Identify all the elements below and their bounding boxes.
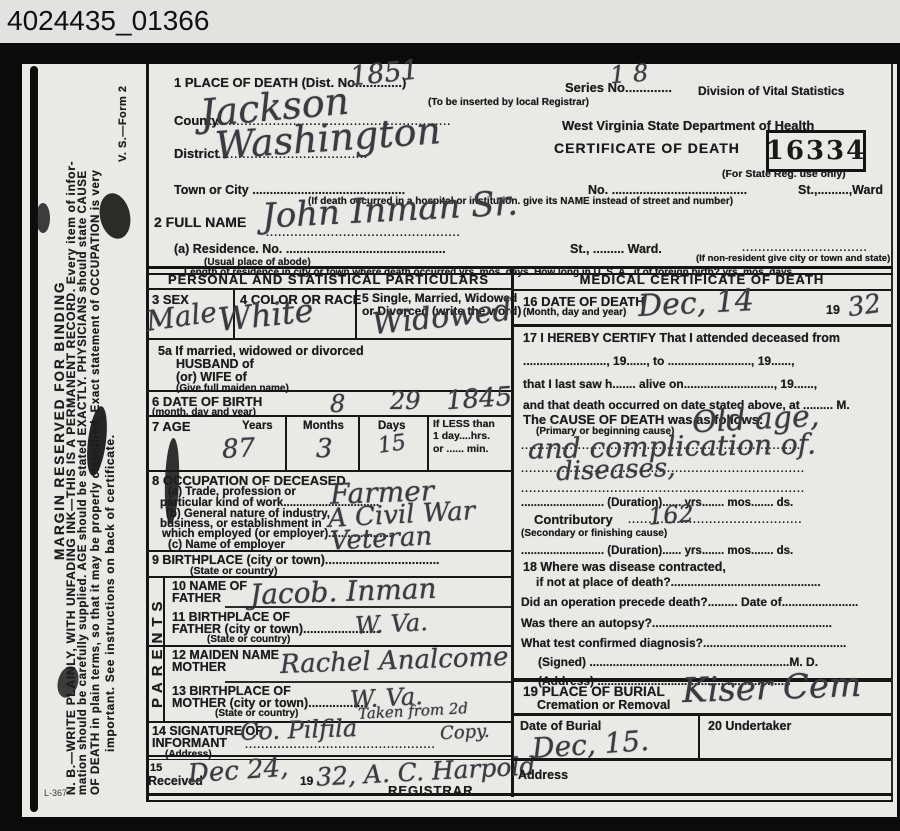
- father-birthplace-label3: (State or country): [207, 634, 290, 645]
- divider: [427, 415, 429, 470]
- certify-line1: 17 I HEREBY CERTIFY That I attended dece…: [523, 331, 840, 345]
- margin-note-line4: important. See instructions on back of c…: [103, 434, 117, 752]
- title-bar: 4024435_01366: [0, 0, 900, 43]
- series-number-value: 1 8: [609, 59, 649, 90]
- operation-label: Did an operation precede death?.........…: [521, 595, 858, 609]
- field5a-line4: (Give full maiden name): [176, 383, 289, 394]
- margin-form-number: V. S.—Form 2: [117, 85, 129, 162]
- image-title: 4024435_01366: [7, 5, 209, 37]
- dob-year-value: 1845: [445, 382, 513, 417]
- divider: [146, 415, 511, 417]
- division-label: Division of Vital Statistics: [698, 84, 844, 98]
- full-name-label: 2 FULL NAME: [154, 214, 246, 230]
- binding-bar: [30, 66, 38, 812]
- divider: [163, 576, 165, 721]
- age-less-line1: If LESS than: [433, 418, 495, 430]
- divider: [513, 713, 891, 716]
- undertaker-label: 20 Undertaker: [708, 719, 791, 733]
- margin-note-line2: mation should be carefully supplied. AGE…: [77, 170, 89, 795]
- age-less-line3: or ...... min.: [433, 443, 488, 455]
- field5a-line3: (or) WIFE of: [176, 370, 247, 384]
- scanned-death-certificate-viewer: 4024435_01366 V. S.—Form 2 MARGIN RESERV…: [0, 0, 900, 831]
- plate-number: L-367: [44, 788, 67, 798]
- disease-contracted-label1: 18 Where was disease contracted,: [523, 560, 726, 574]
- divider: [355, 288, 357, 338]
- date-of-death-year-value: 32: [846, 289, 883, 323]
- certificate-number: 16334: [766, 136, 866, 166]
- contributory-label: Contributory: [534, 512, 613, 527]
- divider: [225, 681, 511, 683]
- divider: [513, 758, 891, 761]
- nonresident-note: (If non-resident give city or town and s…: [696, 253, 890, 264]
- disease-contracted-label2: if not at place of death?...............…: [536, 575, 821, 589]
- divider: [513, 324, 891, 327]
- diagnosis-test-label: What test confirmed diagnosis?..........…: [521, 636, 846, 650]
- undertaker-address-label: Address: [518, 768, 568, 782]
- certify-line2: ........................., 19......, to …: [523, 354, 794, 368]
- place-of-burial-value: Kiser Cem: [681, 665, 862, 711]
- informant-label2: INFORMANT: [152, 736, 227, 750]
- margin-note-line1: N. B.—WRITE PLAINLY, WITH UNFADING INK—T…: [64, 161, 78, 795]
- informant-note2: Copy.: [439, 721, 490, 745]
- mother-name-label2: MOTHER: [172, 660, 226, 674]
- scan-bottom-edge: [0, 817, 900, 831]
- column-divider: [511, 266, 514, 797]
- date-of-death-value: Dec, 14: [637, 283, 755, 324]
- ink-blot: [36, 203, 50, 233]
- field5a-line1: 5a If married, widowed or divorced: [158, 344, 364, 358]
- certificate-number-box: 16334: [766, 130, 866, 172]
- age-months-header: Months: [303, 420, 344, 432]
- divider: [146, 550, 511, 552]
- received-number: 15: [150, 762, 162, 774]
- cause-of-death-line3: diseases,: [556, 453, 677, 487]
- age-less-line2: 1 day....hrs.: [433, 430, 490, 442]
- street-number-label: No. ....................................…: [588, 183, 747, 197]
- dob-day-value: 29: [390, 387, 421, 415]
- dob-month-value: 8: [330, 390, 345, 418]
- certify-line3: that I last saw h....... alive on.......…: [523, 377, 817, 391]
- divider: [146, 470, 511, 472]
- informant-value: Co. Pilfila: [240, 714, 358, 746]
- cause-dotted-line3: ........................................…: [521, 483, 805, 495]
- duration-line2: .......................... (Duration)...…: [521, 545, 793, 557]
- district-label: District: [174, 146, 219, 161]
- date-of-death-19-printed: 19: [826, 303, 840, 317]
- divider: [146, 338, 511, 340]
- registrar-insert-note: (To be inserted by local Registrar): [428, 97, 589, 108]
- residence-label: (a) Residence. No. .....................…: [174, 242, 446, 256]
- contributory-value: 162: [647, 499, 695, 530]
- divider: [225, 606, 511, 608]
- certificate-of-death-label: CERTIFICATE OF DEATH: [554, 140, 740, 156]
- margin-note-line3: OF DEATH in plain terms, so that it may …: [90, 169, 102, 795]
- father-name-label2: FATHER: [172, 591, 221, 605]
- st-ward-label: St.,.........,Ward: [798, 183, 883, 197]
- father-birthplace-value: W. Va.: [354, 608, 428, 640]
- divider: [358, 415, 360, 470]
- received-19-printed: 19: [300, 774, 313, 788]
- field5a-line2: HUSBAND of: [176, 357, 254, 371]
- registrar-label: REGISTRAR: [388, 783, 474, 798]
- age-years-header: Years: [242, 420, 273, 432]
- date-of-death-sub-label: (Month, day and year): [523, 307, 626, 318]
- age-months-value: 3: [316, 434, 333, 464]
- form-right-border: [891, 64, 893, 800]
- contributory-sub-label: (Secondary or finishing cause): [521, 528, 667, 539]
- age-days-value: 15: [376, 430, 407, 459]
- place-of-burial-label: 19 PLACE OF BURIAL: [523, 684, 665, 699]
- cremation-removal-label: Cremation or Removal: [537, 698, 670, 712]
- state-reg-note: (For State Reg. use only): [722, 168, 846, 180]
- age-label: 7 AGE: [152, 419, 191, 434]
- divider: [146, 288, 511, 290]
- age-years-value: 87: [221, 433, 256, 465]
- divider: [285, 415, 287, 470]
- residence-st-ward-label: St., ......... Ward.: [570, 242, 662, 256]
- form-bottom-border: [146, 793, 893, 802]
- scan-top-edge: [22, 57, 897, 64]
- divider: [698, 713, 700, 758]
- autopsy-label: Was there an autopsy?...................…: [521, 616, 832, 630]
- personal-section-title: PERSONAL AND STATISTICAL PARTICULARS: [146, 272, 511, 287]
